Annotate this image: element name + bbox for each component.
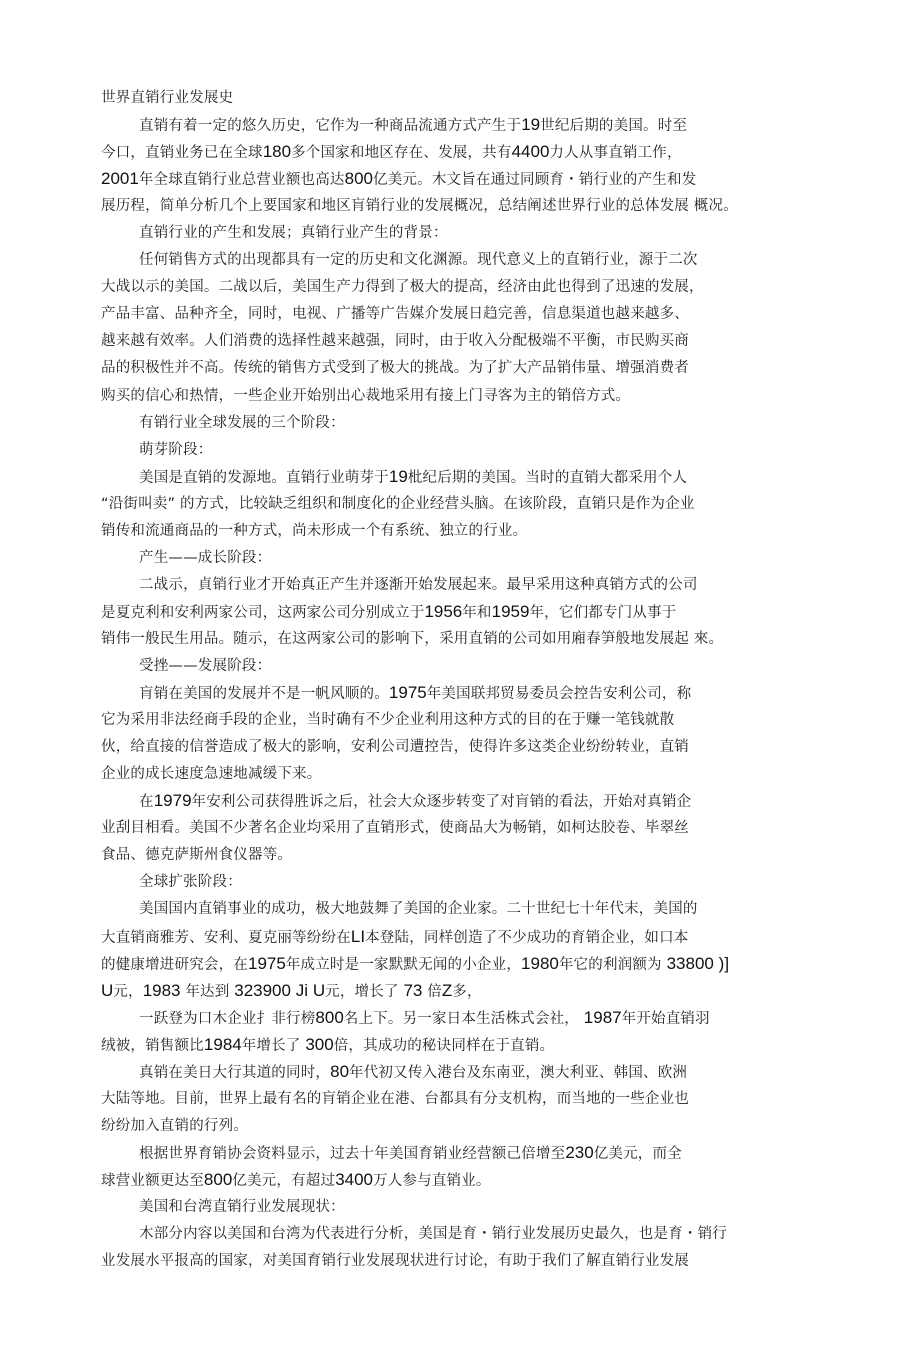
paragraph-line: 直销行业的产生和发展；真销行业产生的背景：	[139, 223, 448, 243]
paragraph-line: 产生——成长阶段：	[139, 548, 271, 568]
paragraph-line: 绒被，销售额比1984年增长了 300倍，其成功的秘诀同样在于直销。	[101, 1035, 554, 1056]
paragraph-line: 的健康增进研究会，在1975年成立时是一家默默无闻的小企业，1980年它的利润额…	[101, 954, 729, 975]
paragraph-line: 全球扩张阶段：	[139, 872, 242, 892]
paragraph-line: 今口，直销业务已在全球180多个国家和地区存在、发展，共有4400力人从事直销工…	[101, 142, 682, 163]
paragraph-line: 有销行业全球发展的三个阶段：	[139, 413, 345, 433]
paragraph-line: 业发展水平报高的国家，对美国育销行业发展现状进行讨论，有助于我们了解直销行业发展	[101, 1251, 689, 1271]
paragraph-line: 业刮目相看。美国不少著名企业均采用了直销形式，使商品大为畅销，如柯达胶卷、毕翠丝	[101, 818, 689, 838]
paragraph-line: 美国国内直销事业的成功，极大地鼓舞了美国的企业家。二十世纪七十年代末，美国的	[139, 899, 698, 919]
paragraph-line: 大直销商雅芳、安利、夏克丽等纷纷在LI本登陆，同样创造了不少成功的育销企业，如口…	[101, 927, 689, 948]
paragraph-line: 展历程，简单分析几个上要国家和地区肓销行业的发展概况，总结阐述世界行业的总体发展…	[101, 196, 738, 216]
paragraph-line: 食品、德克萨斯州食仪器等。	[101, 845, 292, 865]
paragraph-line: 纷纷加入直销的行列。	[101, 1116, 248, 1136]
paragraph-line: 企业的成长速度急速地减缓下来。	[101, 764, 322, 784]
paragraph-line: “沿街叫卖” 的方式，比较缺乏组织和制度化的企业经营头脑。在该阶段，直销只是作为…	[101, 494, 695, 514]
paragraph-line: 真销在美日大行其道的同时，80年代初又传入港台及东南亚，澳大利亚、韩国、欧洲	[139, 1062, 687, 1083]
document-page: 世界直销行业发展史 直销有着一定的悠久历史，它作为一种商品流通方式产生于19世纪…	[0, 0, 920, 1361]
paragraph-line: 它为采用非法经商手段的企业，当时确有不少企业利用这种方式的目的在于赚一笔钱就散	[101, 710, 674, 730]
paragraph-line: 大战以示的美国。二战以后，美国生产力得到了极大的提高，经济由此也得到了迅速的发展…	[101, 277, 704, 297]
paragraph-line: 越来越有效率。人们消费的选择性越来越强，同时，由于收入分配极端不平衡，市民购买商	[101, 331, 689, 351]
paragraph-line: 伙，给直接的信誉造成了极大的影响，安利公司遭控告，使得许多这类企业纷纷转业，直销	[101, 737, 689, 757]
paragraph-line: 大陆等地。目前，世界上最有名的肓销企业在港、台都具有分支机构，而当地的一些企业也	[101, 1089, 689, 1109]
paragraph-line: 购买的信心和热情，一些企业开始别出心裁地采用有接上门寻客为主的销倍方式。	[101, 386, 630, 406]
paragraph-line: 在1979年安利公司获得胜诉之后，社会大众逐步转变了对肓销的看法，开始对真销企	[139, 791, 691, 812]
paragraph-line: 任何销售方式的出现都具有一定的历史和文化渊源。现代意义上的直销行业，源于二次	[139, 250, 698, 270]
paragraph-line: 2001年全球直销行业总营业额也高达800亿美元。木文旨在通过同顾育・销行业的产…	[101, 169, 696, 190]
paragraph-line: 是夏克利和安利两家公司，这两家公司分别成立于1956年和1959年，它们都专门从…	[101, 602, 676, 623]
paragraph-line: U元，1983 年达到 323900 Ji U元，增长了 73 倍Z多，	[101, 981, 482, 1002]
paragraph-line: 销传和流通商品的一种方式，尚未形成一个有系统、独立的行业。	[101, 521, 527, 541]
paragraph-line: 美国和台湾直销行业发展现状：	[139, 1197, 345, 1217]
paragraph-line: 销伟一般民生用品。随示，在这两家公司的影响下，采用直销的公司如用廂春笋般地发展起…	[101, 629, 723, 649]
paragraph-line: 直销有着一定的悠久历史，它作为一种商品流通方式产生于19世纪后期的美国。时至	[139, 115, 687, 136]
paragraph-line: 根据世界育销协会资料显示，过去十年美国育销业经营额己倍增至230亿美元，而全	[139, 1143, 682, 1164]
paragraph-line: 肓销在美国的发展并不是一帆风顺的。1975年美国联邦贸易委员会控告安利公司，称	[139, 683, 691, 704]
paragraph-line: 萌芽阶段：	[139, 440, 213, 460]
paragraph-line: 品的积极性并不高。传统的销售方式受到了极大的挑战。为了扩大产品销伟量、增强消费者	[101, 358, 689, 378]
paragraph-line: 球营业额更达至800亿美元，有超过3400万人参与直销业。	[101, 1170, 491, 1191]
paragraph-line: 一跃登为口木企业扌非行榜800名上下。另一家日本生活株式会社， 1987年开始直…	[139, 1008, 710, 1029]
paragraph-line: 美国是直销的发源地。直销行业萌芽于19枇纪后期的美国。当时的直销大都采用个人	[139, 467, 687, 488]
paragraph-line: 木部分内容以美国和台湾为代表进行分析，美国是育・销行业发展历史最久，也是育・销行	[139, 1224, 727, 1244]
document-title: 世界直销行业发展史	[101, 88, 233, 108]
paragraph-line: 二战示，貞销行业才开始真正产生并逐渐开始发展起来。最早采用这种真销方式的公司	[139, 575, 698, 595]
paragraph-line: 受挫——发展阶段：	[139, 656, 271, 676]
paragraph-line: 产品丰富、品种齐全，同时，电视、广播等广告媒介发展日趋完善，信息渠道也越来越多、	[101, 304, 689, 324]
